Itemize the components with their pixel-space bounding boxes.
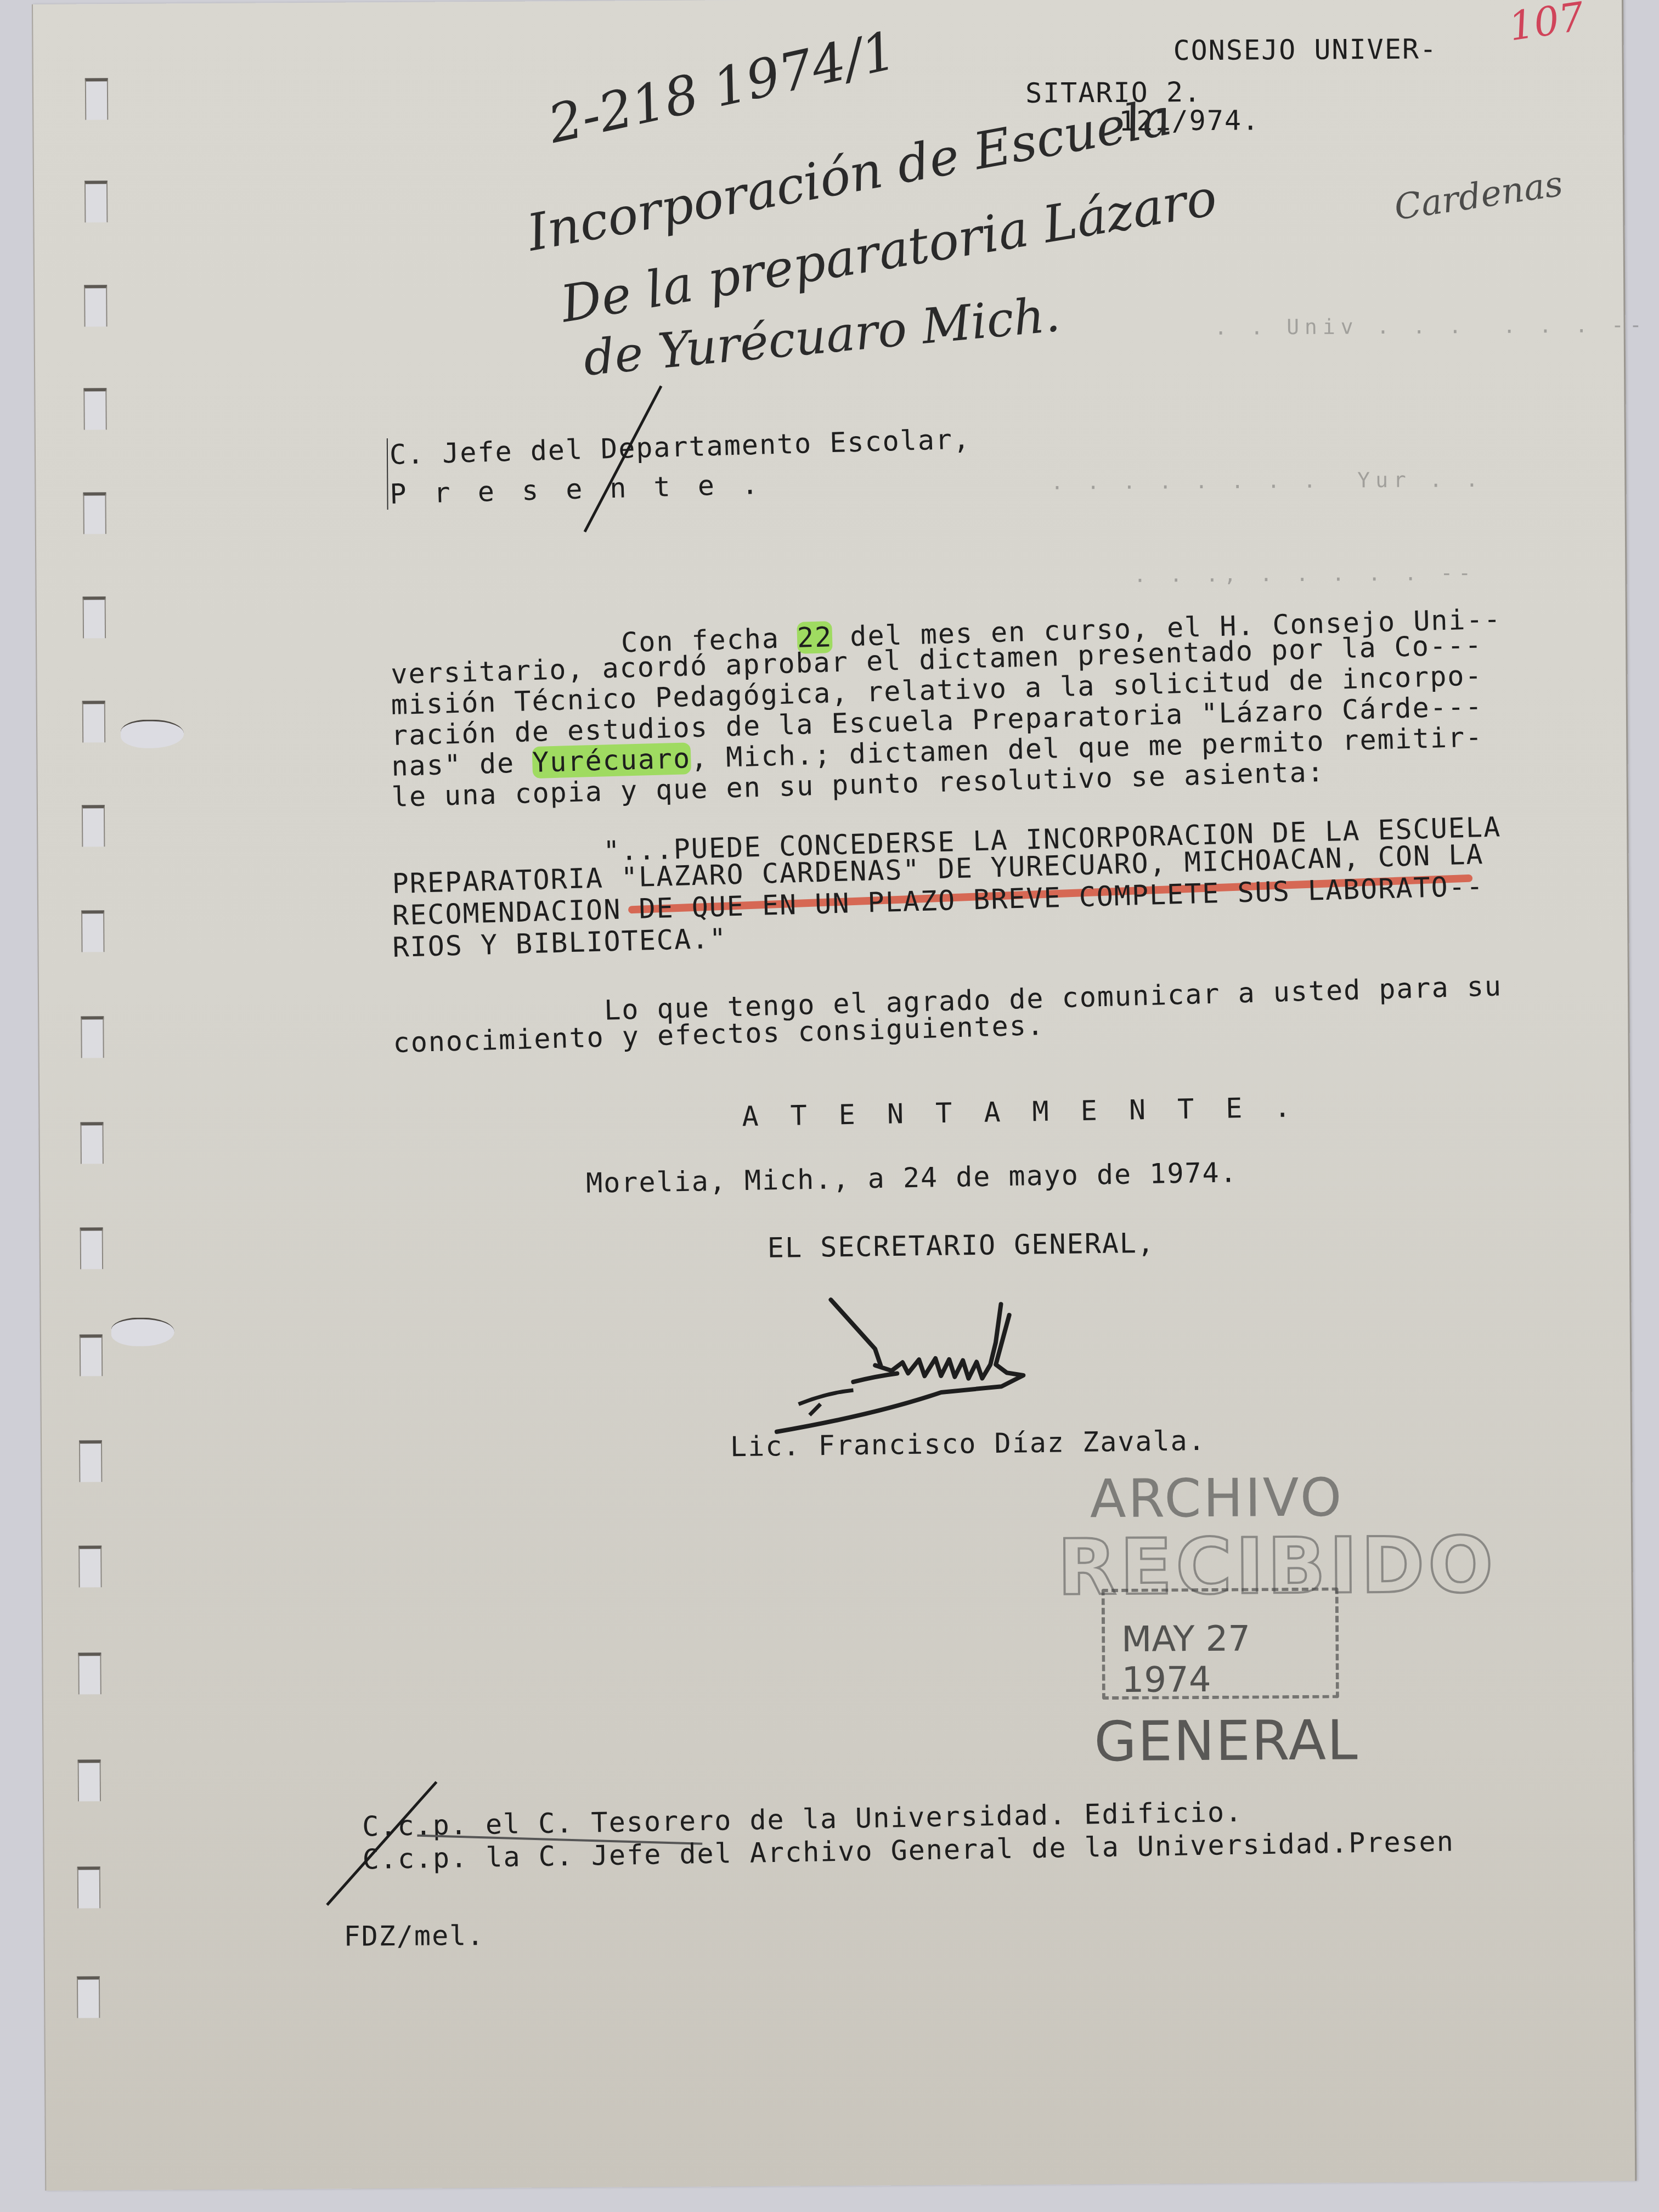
handwritten-reference: 2-218 1974/1: [543, 20, 901, 155]
bleed-through-marks: . . Univ . . . . . . --: [1215, 313, 1647, 340]
highlighted-place: Yurécuaro: [532, 742, 691, 778]
bleed-through-marks: . . . . . . . . Yur . .: [1051, 467, 1483, 494]
header-line-1: CONSEJO UNIVER-: [1173, 35, 1437, 64]
perforation-strip: [82, 26, 128, 2056]
handwritten-page-number: 107: [1506, 0, 1587, 50]
perforation-hole: [77, 1866, 100, 1908]
document-page: 107 CONSEJO UNIVER- SITARIO 2. 121/974. …: [32, 0, 1637, 2191]
perforation-hole: [83, 492, 106, 534]
perforation-hole: [83, 596, 106, 638]
recipient-present: P r e s e n t e .: [390, 471, 764, 508]
signatory-name: Lic. Francisco Díaz Zavala.: [730, 1427, 1206, 1460]
closing-paragraph-line-2: conocimiento y efectos consiguientes.: [393, 1012, 1045, 1057]
perforation-hole: [80, 1334, 103, 1376]
binder-ring-hole: [121, 719, 184, 748]
perforation-hole: [83, 388, 106, 430]
perforation-hole: [82, 805, 105, 847]
perforation-hole: [80, 1122, 103, 1164]
perforation-hole: [84, 285, 107, 326]
margin-pen-mark: [387, 438, 388, 510]
stamp-general: GENERAL: [1094, 1708, 1359, 1774]
bleed-through-marks: . . ., . . . . . --: [1133, 561, 1476, 587]
quote-line-4: RIOS Y BIBLIOTECA.": [392, 925, 727, 961]
perforation-hole: [77, 1976, 100, 2018]
closing-paragraph-line-1: Lo que tengo el agrado de comunicar a us…: [604, 972, 1503, 1024]
perforation-hole: [81, 910, 104, 952]
perforation-hole: [81, 1016, 104, 1058]
signature: [765, 1282, 1150, 1443]
perforation-hole: [85, 78, 108, 120]
salutation: A T E N T A M E N T E .: [742, 1093, 1299, 1130]
perforation-hole: [84, 180, 108, 222]
perforation-hole: [78, 1652, 101, 1694]
perforation-hole: [78, 1759, 101, 1801]
stamp-date: MAY 27 1974: [1121, 1618, 1336, 1701]
recipient-line: C. Jefe del Departamento Escolar,: [389, 425, 970, 469]
perforation-hole: [82, 701, 105, 742]
perforation-hole: [78, 1545, 101, 1587]
handwritten-margin-fragment: Cardenas: [1392, 163, 1565, 228]
place-and-date: Morelia, Mich., a 24 de mayo de 1974.: [586, 1159, 1238, 1197]
stamp-archivo: ARCHIVO: [1090, 1466, 1344, 1530]
typist-initials: FDZ/mel.: [343, 1922, 484, 1950]
binder-ring-hole: [111, 1317, 174, 1346]
perforation-hole: [80, 1227, 103, 1269]
stamp-date-box: MAY 27 1974: [1102, 1588, 1339, 1700]
perforation-hole: [79, 1440, 102, 1482]
signatory-title: EL SECRETARIO GENERAL,: [768, 1229, 1155, 1262]
